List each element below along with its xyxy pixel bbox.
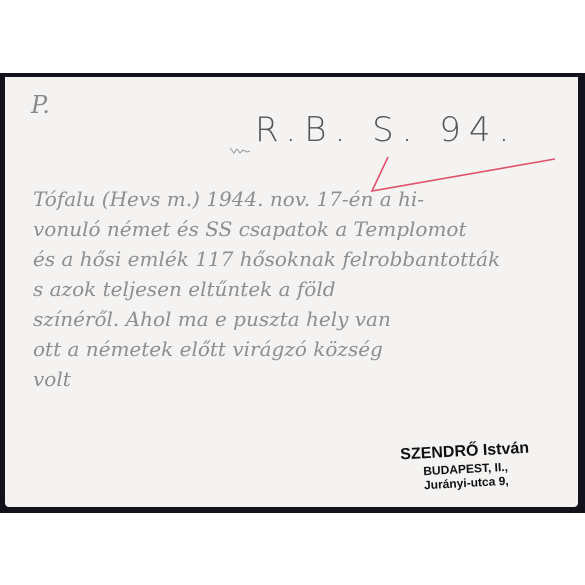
handwritten-line: színéről. Ahol ma e puszta hely van: [33, 307, 391, 331]
handwritten-line: vonuló német és SS csapatok a Templomot: [33, 217, 467, 241]
handwritten-line: Tófalu (Hevs m.) 1944. nov. 17-én a hi-: [33, 187, 424, 211]
photographer-stamp: SZENDRŐ István BUDAPEST, II., Jurányi-ut…: [400, 440, 531, 494]
handwritten-line: volt: [33, 367, 71, 391]
squiggle-mark: [229, 145, 251, 155]
handwritten-line: s azok teljesen eltűntek a föld: [33, 277, 336, 301]
reference-number: R.B. S. 94.: [255, 110, 517, 150]
handwritten-line: és a hősi emlék 117 hősoknak felrobbanto…: [33, 247, 500, 271]
handwritten-line: ott a németek előtt virágzó község: [33, 337, 383, 361]
corner-mark: P.: [31, 91, 50, 119]
photo-back: P. R.B. S. 94. Tófalu (Hevs m.) 1944. no…: [5, 77, 578, 507]
photo-card: P. R.B. S. 94. Tófalu (Hevs m.) 1944. no…: [0, 73, 585, 513]
